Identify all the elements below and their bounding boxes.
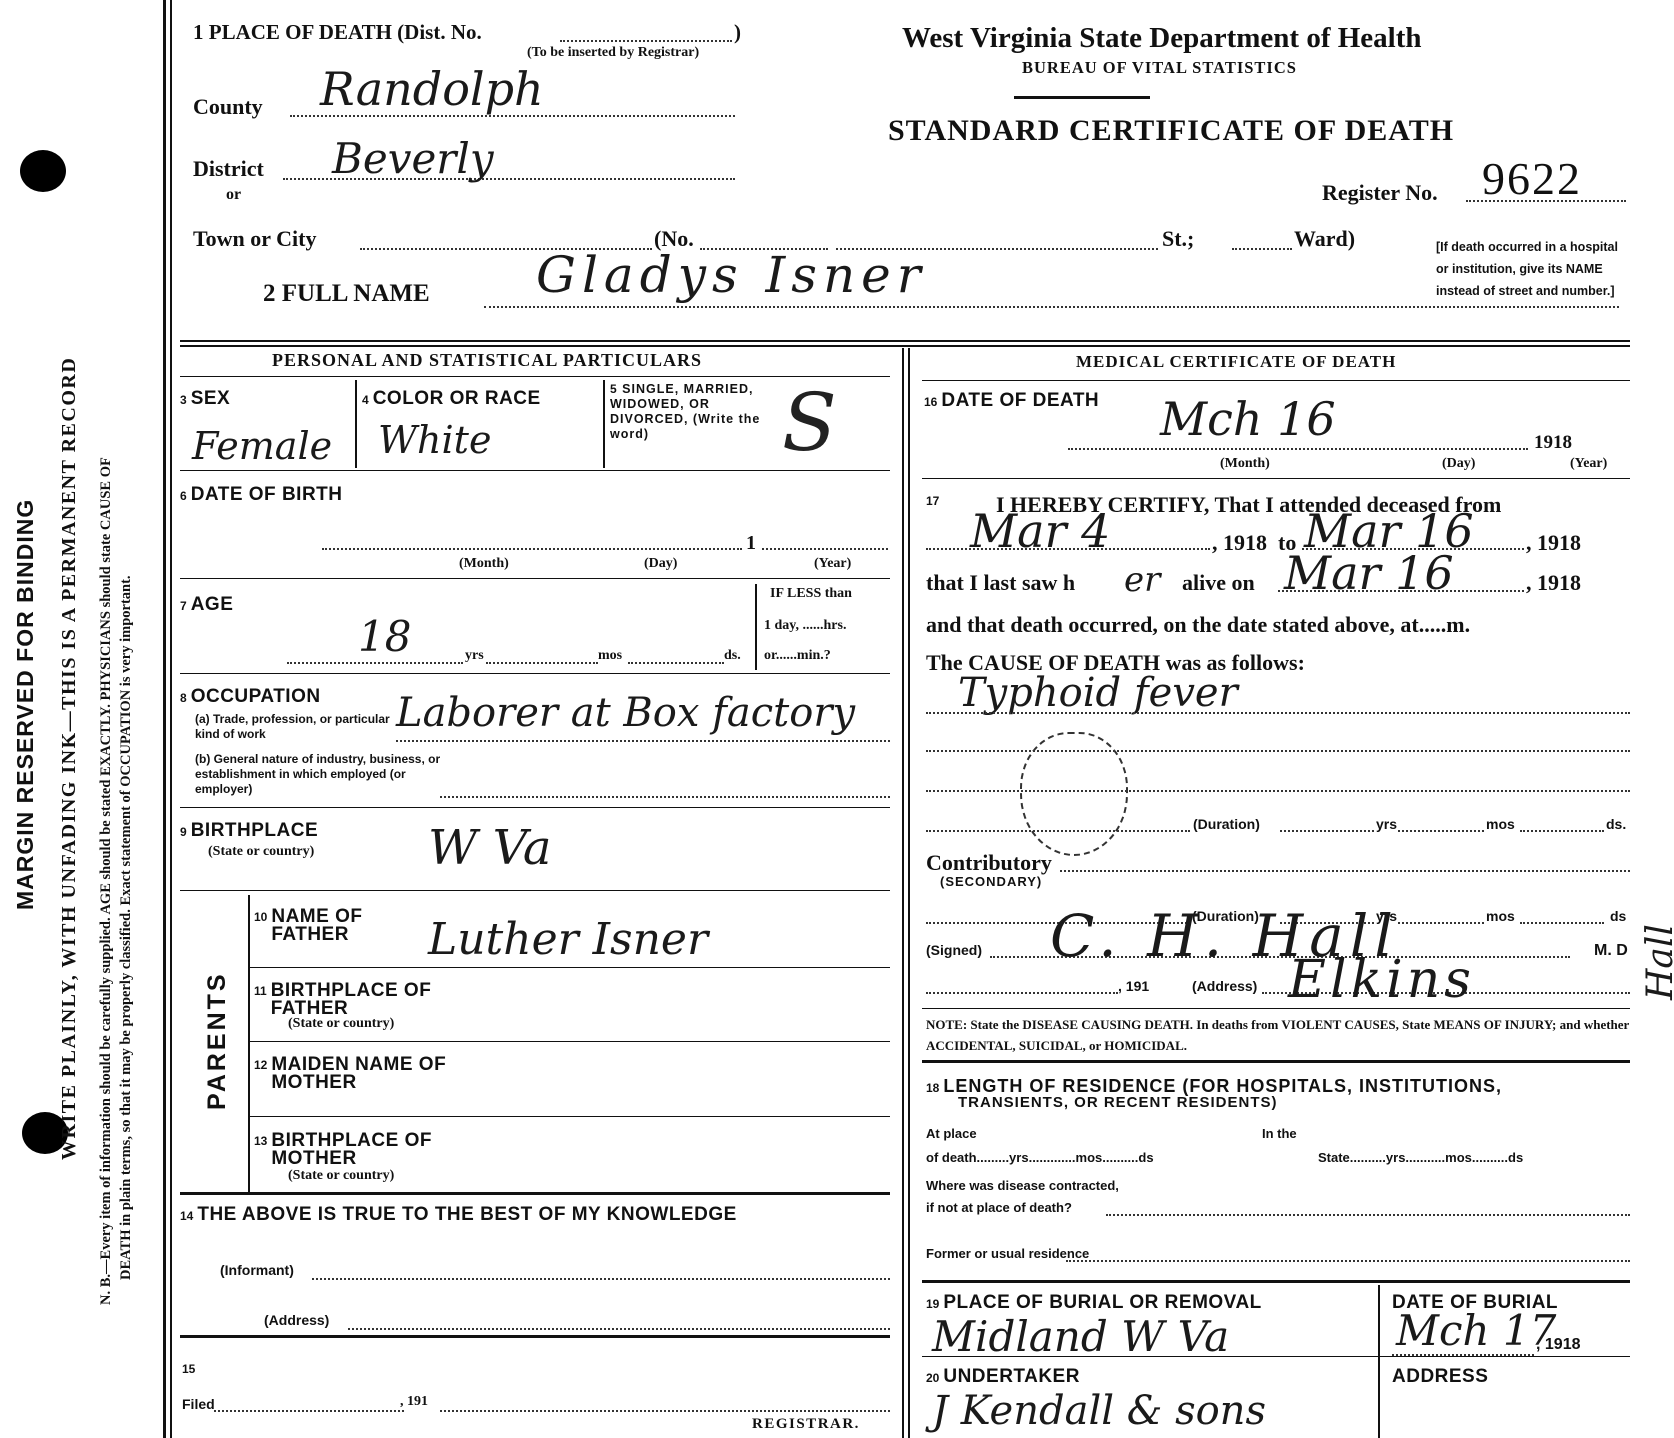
day-caption: (Day) [644, 556, 677, 572]
md-label: M. D [1594, 942, 1628, 960]
section-rule [180, 340, 1630, 342]
col-rule [755, 584, 757, 670]
birthplace-label: BIRTHPLACE [191, 820, 318, 841]
birthplace-sub: (State or country) [208, 844, 314, 860]
center-rule [908, 348, 910, 1438]
hrs-label: 1 day, ......hrs. [764, 618, 846, 634]
parents-label: PARENTS [203, 971, 232, 1110]
full-name-value: Gladys Isner [536, 246, 927, 304]
field-number: 3 [180, 393, 187, 407]
margin-permanent-record: WRITE PLAINLY, WITH UNFADING INK—THIS IS… [58, 357, 81, 1160]
county-label: County [193, 94, 263, 120]
signed-label: (Signed) [926, 942, 982, 958]
row-rule [180, 890, 890, 891]
county-value: Randolph [320, 62, 544, 116]
burial-date-value: Mch 17 [1396, 1306, 1556, 1355]
row-rule [922, 380, 1630, 381]
residence-label-2: TRANSIENTS, OR RECENT RESIDENTS) [958, 1094, 1278, 1111]
mother-maiden-label: MAIDEN NAME OF MOTHER [271, 1056, 461, 1092]
mother-birthplace-sub: (State or country) [288, 1168, 394, 1184]
attended-from-year: , 1918 [1212, 530, 1267, 556]
occupation-a-label: (a) Trade, profession, or particular kin… [195, 712, 395, 742]
marital-label-text: SINGLE, MARRIED, WIDOWED, OR DIVORCED, (… [610, 382, 760, 441]
marital-label: 5 SINGLE, MARRIED, WIDOWED, OR DIVORCED,… [610, 382, 770, 442]
dob-field: 6 DATE OF BIRTH [180, 484, 343, 506]
year-text: 1918 [1223, 530, 1267, 555]
margin-rule [170, 0, 172, 1438]
yrs-label: yrs [465, 648, 484, 664]
dob-year-prefix: 1 [746, 532, 756, 555]
document-title: STANDARD CERTIFICATE OF DEATH [888, 114, 1454, 148]
undertaker-value: J Kendall & sons [932, 1388, 1266, 1434]
residence-state-line: State..........yrs...........mos........… [1318, 1150, 1523, 1165]
row-rule [180, 470, 890, 471]
mos-label: mos [1486, 908, 1515, 924]
field-number: 7 [180, 599, 187, 613]
row-rule [922, 1008, 1630, 1009]
agency-name: West Virginia State Department of Health [902, 22, 1422, 55]
field-number: 9 [180, 825, 187, 839]
physician-address-value: Elkins [1288, 950, 1475, 1010]
col-rule [603, 380, 605, 468]
medical-section-title: MEDICAL CERTIFICATE OF DEATH [1076, 352, 1396, 372]
row-rule [180, 673, 890, 674]
race-field: 4 COLOR OR RACE [362, 388, 541, 410]
age-mos-line [486, 662, 598, 664]
alive-on-label: alive on [1182, 570, 1255, 596]
sex-label: SEX [191, 388, 231, 409]
district-label: District [193, 156, 264, 182]
mos-label: mos [1486, 816, 1515, 832]
mos-label: mos [598, 648, 622, 664]
date-of-death-line [1068, 448, 1528, 450]
row-rule [250, 1041, 890, 1042]
row-rule [250, 1116, 890, 1117]
informant-field: 14 THE ABOVE IS TRUE TO THE BEST OF MY K… [180, 1204, 737, 1226]
row-rule [250, 967, 890, 968]
ds-label: ds [1610, 908, 1626, 924]
binding-hole-icon [20, 150, 66, 192]
informant-address-line [348, 1328, 890, 1330]
residence-label: LENGTH OF RESIDENCE (FOR HOSPITALS, INST… [943, 1076, 1502, 1096]
field-number: 5 [610, 382, 618, 396]
section-rule [922, 1280, 1630, 1283]
attended-to-year: , 1918 [1526, 530, 1581, 556]
marital-value: S [782, 376, 837, 469]
contributory-line [1060, 870, 1630, 872]
st-label: St.; [1162, 226, 1194, 252]
undertaker-field: 20 UNDERTAKER [926, 1366, 1080, 1388]
father-name-value: Luther Isner [428, 914, 708, 965]
ward-label: Ward) [1294, 226, 1355, 252]
ward-line [1232, 248, 1292, 250]
informant-label: (Informant) [220, 1262, 294, 1278]
contributory-label: Contributory [926, 850, 1052, 876]
medical-note: NOTE: State the DISEASE CAUSING DEATH. I… [926, 1014, 1636, 1056]
occupation-b-label: (b) General nature of industry, business… [195, 752, 445, 797]
field-number: 8 [180, 691, 187, 705]
field-number: 17 [926, 494, 939, 508]
duration-yrs-line [1280, 830, 1374, 832]
former-residence-line [1066, 1260, 1630, 1262]
dist-no-line [560, 40, 732, 42]
register-number: 9622 [1482, 152, 1582, 205]
dob-label: DATE OF BIRTH [191, 484, 343, 505]
filed-label: Filed [182, 1396, 215, 1412]
occupation-a-line [396, 740, 890, 742]
bureau-name: BUREAU OF VITAL STATISTICS [1022, 58, 1297, 78]
duration-mos-line [1398, 830, 1484, 832]
field-number: 14 [180, 1209, 193, 1223]
section-rule [180, 1192, 890, 1195]
birthplace-field: 9 BIRTHPLACE [180, 820, 318, 842]
date-of-death-value: Mch 16 [1160, 392, 1336, 446]
race-value: White [378, 418, 491, 462]
ds-label: ds. [724, 648, 741, 664]
father-name-label: NAME OF FATHER [271, 908, 421, 944]
race-label: COLOR OR RACE [373, 388, 541, 409]
duration-label: (Duration) [1193, 816, 1260, 832]
year-text: 1918 [1537, 570, 1581, 595]
place-of-death-close: ) [734, 20, 741, 45]
month-caption: (Month) [459, 556, 509, 572]
registrar-line [440, 1410, 890, 1412]
filed-year-prefix: , 191 [400, 1394, 428, 1410]
burial-place-value: Midland W Va [932, 1312, 1229, 1361]
date-of-death-label: DATE OF DEATH [941, 390, 1099, 411]
mother-maiden-field: 12 MAIDEN NAME OF MOTHER [254, 1056, 461, 1092]
former-residence-label: Former or usual residence [926, 1246, 1089, 1261]
or-label: or [226, 186, 241, 204]
contracted-label-2: if not at place of death? [926, 1200, 1072, 1215]
cause-of-death-value: Typhoid fever [958, 670, 1238, 716]
field-number: 15 [182, 1362, 195, 1376]
secondary-mos-line [1398, 922, 1484, 924]
field-number: 13 [254, 1134, 267, 1148]
cause-line-3 [926, 790, 1630, 792]
less-than-label: IF LESS than [770, 586, 852, 602]
burial-date-year: , 1918 [1536, 1336, 1580, 1354]
burial-field: 19 PLACE OF BURIAL OR REMOVAL [926, 1292, 1262, 1314]
town-label: Town or City [193, 226, 316, 252]
secondary-ds-line [1520, 922, 1604, 924]
birthplace-value: W Va [428, 820, 551, 876]
hospital-note: [If death occurred in a hospital or inst… [1436, 236, 1631, 302]
signed-year-prefix: , 191 [1118, 978, 1149, 994]
ds-label: ds. [1606, 816, 1626, 832]
contracted-label: Where was disease contracted, [926, 1178, 1119, 1193]
occupation-a-value: Laborer at Box factory [396, 690, 855, 736]
at-place-label: At place [926, 1126, 977, 1141]
occupation-field: 8 OCCUPATION [180, 686, 321, 708]
sex-value: Female [192, 424, 332, 468]
district-value: Beverly [332, 134, 494, 183]
age-value: 18 [358, 612, 411, 661]
date-of-death-field: 16 DATE OF DEATH [924, 390, 1099, 412]
section-rule [922, 1060, 1630, 1063]
alive-on-value: Mar 16 [1284, 546, 1454, 600]
registrar-note: (To be inserted by Registrar) [527, 45, 699, 61]
field-number: 11 [254, 984, 267, 998]
personal-section-title: PERSONAL AND STATISTICAL PARTICULARS [272, 350, 702, 371]
margin-initials: Hall [1640, 924, 1674, 1000]
place-of-death-label: 1 PLACE OF DEATH (Dist. No. [193, 20, 482, 45]
margin-binding-label: MARGIN RESERVED FOR BINDING [12, 499, 39, 910]
min-label: or......min.? [764, 648, 831, 664]
mother-birthplace-field: 13 BIRTHPLACE OF MOTHER [254, 1132, 461, 1168]
cause-line-1 [926, 712, 1630, 714]
section-rule [180, 1335, 890, 1338]
parents-rule [248, 895, 250, 1195]
registrar-label: REGISTRAR. [752, 1416, 860, 1433]
duration-ds-line [1520, 830, 1604, 832]
row-rule [180, 807, 890, 808]
field-number: 6 [180, 489, 187, 503]
alive-on-year: , 1918 [1526, 570, 1581, 596]
full-name-line [484, 306, 1619, 308]
in-the-label: In the [1262, 1126, 1297, 1141]
field-number: 4 [362, 393, 369, 407]
dob-year-line [762, 548, 888, 550]
age-field: 7 AGE [180, 594, 233, 616]
informant-heading: THE ABOVE IS TRUE TO THE BEST OF MY KNOW… [197, 1204, 736, 1225]
mother-birthplace-label: BIRTHPLACE OF MOTHER [271, 1132, 461, 1168]
row-rule [922, 478, 1630, 479]
center-rule [902, 348, 904, 1438]
age-yrs-line [287, 662, 463, 664]
col-rule [1378, 1285, 1380, 1438]
burial-label: PLACE OF BURIAL OR REMOVAL [943, 1292, 1261, 1313]
date-of-death-year: 1918 [1534, 432, 1572, 454]
physician-address-label: (Address) [1192, 978, 1257, 994]
father-birthplace-sub: (State or country) [288, 1016, 394, 1032]
title-rule [1014, 96, 1150, 99]
day-caption: (Day) [1442, 456, 1475, 472]
father-birthplace-label: BIRTHPLACE OF FATHER [271, 982, 451, 1018]
father-birthplace-field: 11 BIRTHPLACE OF FATHER [254, 982, 451, 1018]
section-rule [180, 345, 1630, 347]
field-number: 19 [926, 1297, 939, 1311]
margin-nb-line2: DEATH in plain terms, so that it may be … [118, 575, 135, 1280]
last-saw-label: that I last saw h [926, 570, 1075, 596]
field-number: 18 [926, 1081, 939, 1095]
occupation-b-line [440, 796, 890, 798]
register-label: Register No. [1322, 180, 1438, 206]
undertaker-address-label: ADDRESS [1392, 1366, 1488, 1388]
filed-date-line [214, 1410, 404, 1412]
margin-rule [163, 0, 166, 1438]
sex-field: 3 SEX [180, 388, 230, 410]
age-ds-line [628, 662, 724, 664]
signed-date-line [926, 992, 1118, 994]
secondary-label: (SECONDARY) [940, 874, 1042, 889]
row-rule [180, 578, 890, 579]
field-number: 20 [926, 1371, 939, 1385]
field-number: 16 [924, 395, 937, 409]
dob-line [322, 548, 742, 550]
year-caption: (Year) [814, 556, 851, 572]
field-number: 12 [254, 1058, 267, 1072]
col-rule [355, 380, 357, 468]
full-name-label: 2 FULL NAME [263, 280, 430, 308]
yrs-label: yrs [1376, 816, 1397, 832]
informant-line [312, 1278, 890, 1280]
year-text: 1918 [1545, 1336, 1581, 1353]
cause-line-4 [926, 830, 1190, 832]
occurred-line: and that death occurred, on the date sta… [926, 612, 1470, 638]
margin-nb-line1: N. B.—Every item of information should b… [98, 457, 115, 1305]
age-label: AGE [191, 594, 234, 615]
year-caption: (Year) [1570, 456, 1607, 472]
attended-from-value: Mar 4 [970, 504, 1110, 558]
row-rule [922, 1356, 1630, 1357]
undertaker-label: UNDERTAKER [943, 1366, 1080, 1387]
informant-address-label: (Address) [264, 1312, 329, 1328]
contracted-line [1106, 1214, 1630, 1216]
year-text: 1918 [1537, 530, 1581, 555]
cause-line-2 [926, 750, 1630, 752]
last-saw-pronoun: er [1124, 560, 1160, 600]
father-name-field: 10 NAME OF FATHER [254, 908, 421, 944]
occupation-label: OCCUPATION [191, 686, 321, 707]
residence-place-line: of death.........yrs.............mos....… [926, 1150, 1154, 1165]
month-caption: (Month) [1220, 456, 1270, 472]
field-number: 10 [254, 910, 267, 924]
